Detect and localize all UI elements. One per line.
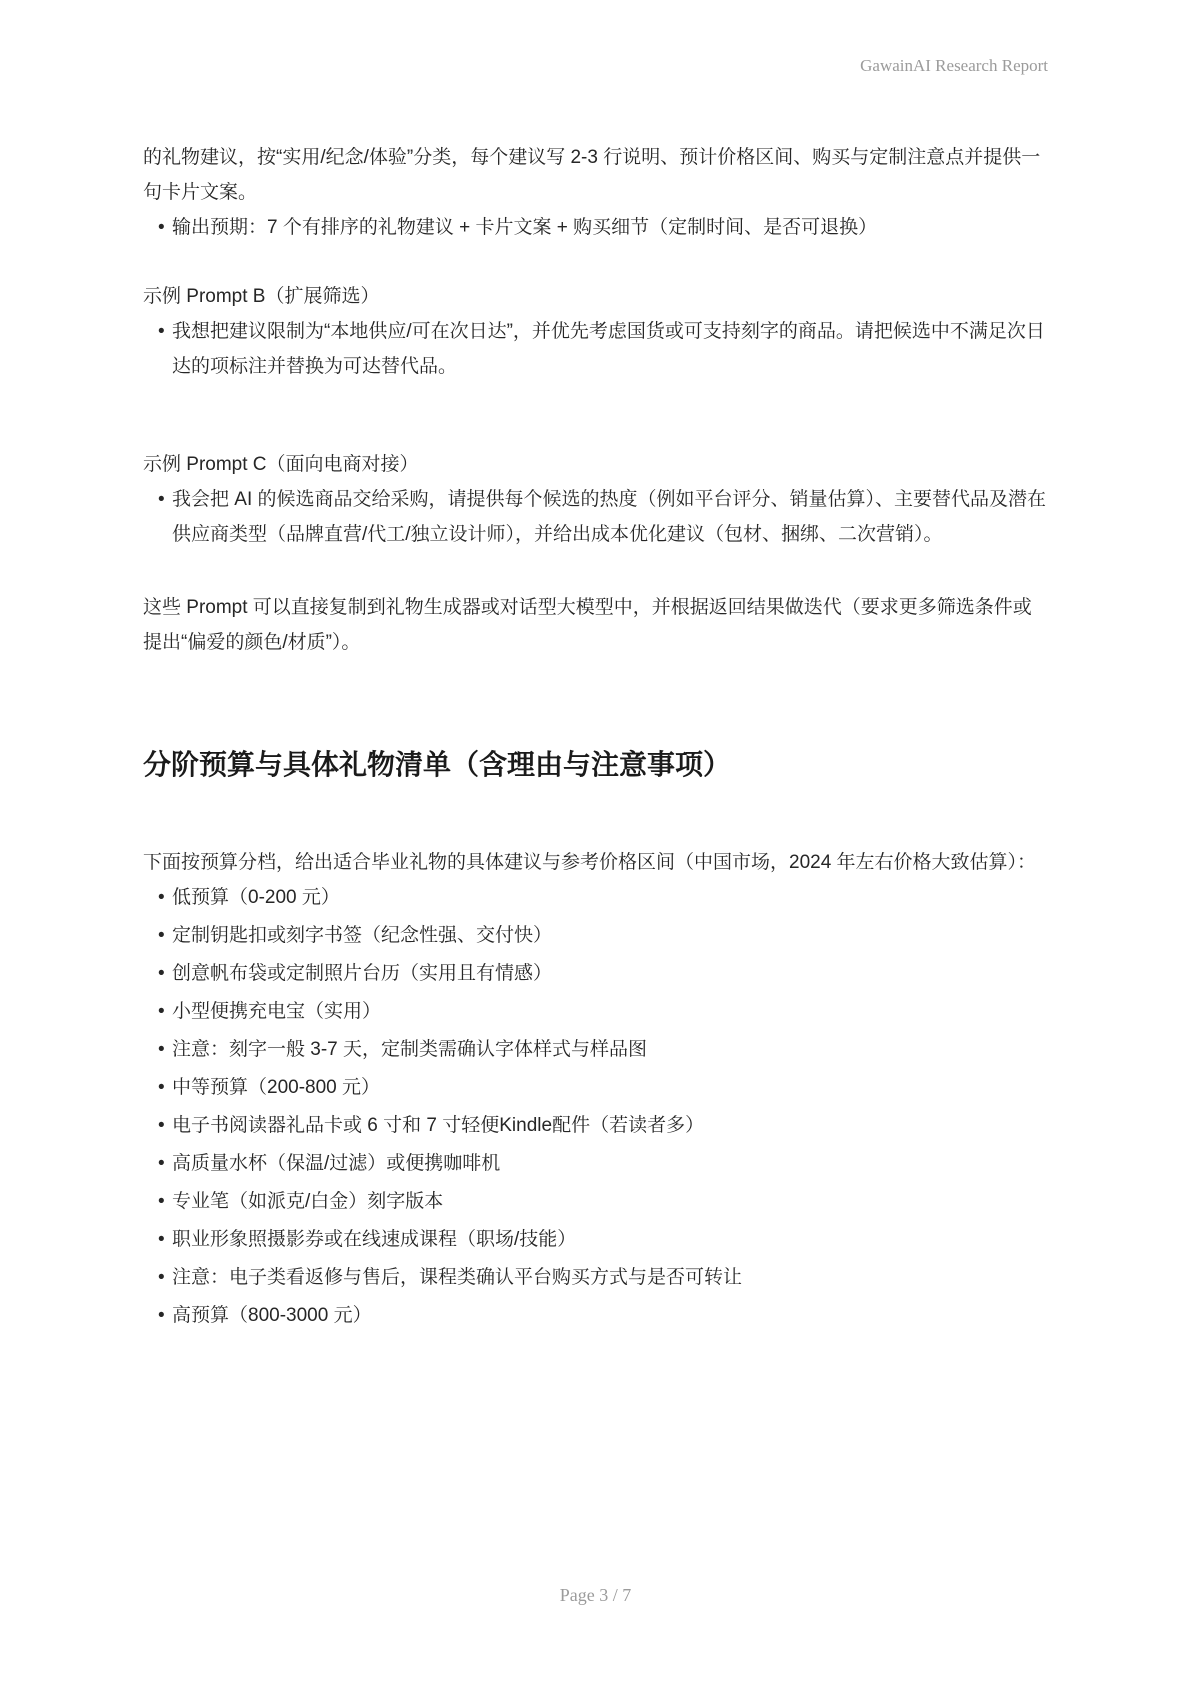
prompt-b-heading: 示例 Prompt B（扩展筛选） xyxy=(143,279,1048,314)
list-item: 创意帆布袋或定制照片台历（实用且有情感） xyxy=(143,956,1048,991)
list-item: 我想把建议限制为“本地供应/可在次日达”，并优先考虑国货或可支持刻字的商品。请把… xyxy=(143,314,1048,384)
prompt-c-bullet-list: 我会把 AI 的候选商品交给采购，请提供每个候选的热度（例如平台评分、销量估算）… xyxy=(143,482,1048,552)
list-item: 定制钥匙扣或刻字书签（纪念性强、交付快） xyxy=(143,918,1048,953)
report-header-title: GawainAI Research Report xyxy=(860,55,1048,77)
budget-tier-mid-list: 中等预算（200-800 元） 电子书阅读器礼品卡或 6 寸和 7 寸轻便Kin… xyxy=(143,1070,1048,1295)
intro-bullet-list: 输出预期：7 个有排序的礼物建议 + 卡片文案 + 购买细节（定制时间、是否可退… xyxy=(143,210,1048,245)
section-heading: 分阶预算与具体礼物清单（含理由与注意事项） xyxy=(143,743,1048,787)
document-content: 的礼物建议，按“实用/纪念/体验”分类，每个建议写 2-3 行说明、预计价格区间… xyxy=(143,140,1048,1336)
list-item: 输出预期：7 个有排序的礼物建议 + 卡片文案 + 购买细节（定制时间、是否可退… xyxy=(143,210,1048,245)
list-item: 低预算（0-200 元） xyxy=(143,880,1048,915)
document-page: GawainAI Research Report 的礼物建议，按“实用/纪念/体… xyxy=(0,0,1191,1684)
list-item: 小型便携充电宝（实用） xyxy=(143,994,1048,1029)
list-item: 中等预算（200-800 元） xyxy=(143,1070,1048,1105)
budget-tier-low-list: 低预算（0-200 元） 定制钥匙扣或刻字书签（纪念性强、交付快） 创意帆布袋或… xyxy=(143,880,1048,1067)
list-item: 专业笔（如派克/白金）刻字版本 xyxy=(143,1184,1048,1219)
list-item: 电子书阅读器礼品卡或 6 寸和 7 寸轻便Kindle配件（若读者多） xyxy=(143,1108,1048,1143)
budget-lead-paragraph: 下面按预算分档，给出适合毕业礼物的具体建议与参考价格区间（中国市场，2024 年… xyxy=(143,845,1048,880)
list-item: 职业形象照摄影券或在线速成课程（职场/技能） xyxy=(143,1222,1048,1257)
iteration-note-paragraph: 这些 Prompt 可以直接复制到礼物生成器或对话型大模型中，并根据返回结果做迭… xyxy=(143,590,1048,660)
list-item: 高质量水杯（保温/过滤）或便携咖啡机 xyxy=(143,1146,1048,1181)
prompt-c-heading: 示例 Prompt C（面向电商对接） xyxy=(143,447,1048,482)
budget-tier-high-list: 高预算（800-3000 元） xyxy=(143,1298,1048,1333)
list-item: 我会把 AI 的候选商品交给采购，请提供每个候选的热度（例如平台评分、销量估算）… xyxy=(143,482,1048,552)
intro-paragraph-continued: 的礼物建议，按“实用/纪念/体验”分类，每个建议写 2-3 行说明、预计价格区间… xyxy=(143,140,1048,210)
list-item: 注意：刻字一般 3-7 天，定制类需确认字体样式与样品图 xyxy=(143,1032,1048,1067)
list-item: 注意：电子类看返修与售后，课程类确认平台购买方式与是否可转让 xyxy=(143,1260,1048,1295)
list-item: 高预算（800-3000 元） xyxy=(143,1298,1048,1333)
page-number: Page 3 / 7 xyxy=(0,1584,1191,1606)
prompt-b-bullet-list: 我想把建议限制为“本地供应/可在次日达”，并优先考虑国货或可支持刻字的商品。请把… xyxy=(143,314,1048,384)
